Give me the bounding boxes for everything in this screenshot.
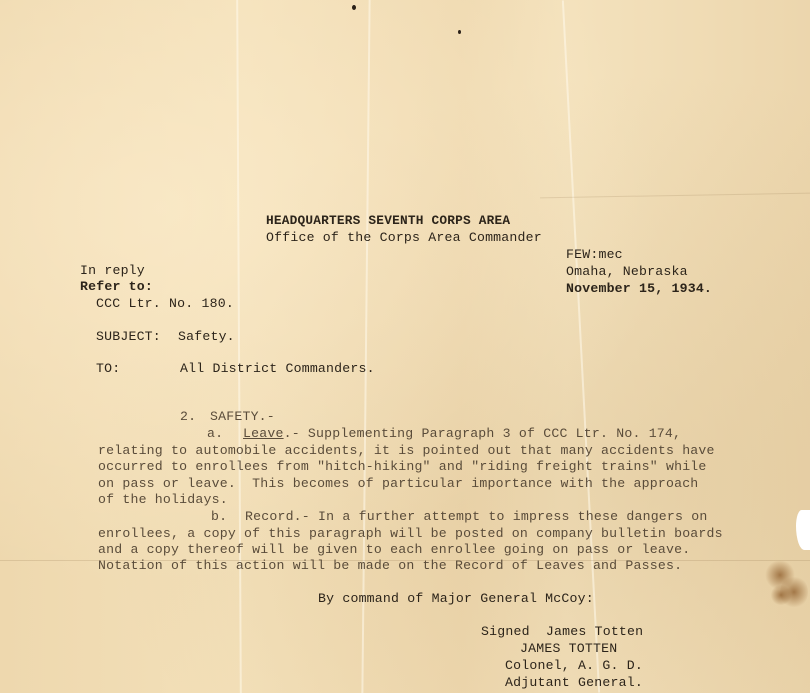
- paragraph-b-line-4: Notation of this action will be made on …: [98, 558, 682, 574]
- section-title: SAFETY.-: [210, 409, 275, 425]
- paragraph-a-line-5: of the holidays.: [98, 492, 228, 508]
- reference-number: CCC Ltr. No. 180.: [96, 296, 234, 312]
- letterhead-title: HEADQUARTERS SEVENTH CORPS AREA: [266, 213, 510, 229]
- reference-line-1: In reply: [80, 263, 145, 279]
- paper-tear: [796, 510, 810, 550]
- signed-line: Signed James Totten: [481, 624, 643, 640]
- punch-hole-dot: [352, 5, 356, 10]
- paragraph-b-marker: b.: [211, 509, 227, 525]
- paragraph-a-line-3: occurred to enrollees from "hitch-hiking…: [98, 459, 707, 475]
- paragraph-a-line-1: Leave.- Supplementing Paragraph 3 of CCC…: [243, 426, 681, 442]
- paragraph-a-line-1-text: .- Supplementing Paragraph 3 of CCC Ltr.…: [284, 426, 682, 441]
- paragraph-a-line-2: relating to automobile accidents, it is …: [98, 443, 715, 459]
- water-stain: [770, 585, 792, 605]
- initials: FEW:mec: [566, 247, 623, 263]
- location: Omaha, Nebraska: [566, 264, 688, 280]
- reference-line-2: Refer to:: [80, 279, 153, 295]
- subject-value: Safety.: [178, 329, 235, 345]
- paper-background: [0, 0, 810, 693]
- paragraph-b-line-3: and a copy thereof will be given to each…: [98, 542, 690, 558]
- letterhead-subtitle: Office of the Corps Area Commander: [266, 230, 542, 246]
- signatory-title: Adjutant General.: [505, 675, 643, 691]
- to-value: All District Commanders.: [180, 361, 375, 377]
- section-number: 2.: [180, 409, 196, 425]
- paragraph-a-marker: a.: [207, 426, 223, 442]
- date: November 15, 1934.: [566, 281, 712, 297]
- subject-label: SUBJECT:: [96, 329, 161, 345]
- paragraph-b-line-2: enrollees, a copy of this paragraph will…: [98, 526, 723, 542]
- paragraph-b-line-1: Record.- In a further attempt to impress…: [245, 509, 708, 525]
- paragraph-a-heading: Leave: [243, 426, 284, 441]
- signatory-rank: Colonel, A. G. D.: [505, 658, 643, 674]
- command-line: By command of Major General McCoy:: [318, 591, 594, 607]
- ink-speck: [458, 30, 461, 34]
- signatory-name: JAMES TOTTEN: [520, 641, 617, 657]
- paragraph-a-line-4: on pass or leave. This becomes of partic…: [98, 476, 698, 492]
- to-label: TO:: [96, 361, 120, 377]
